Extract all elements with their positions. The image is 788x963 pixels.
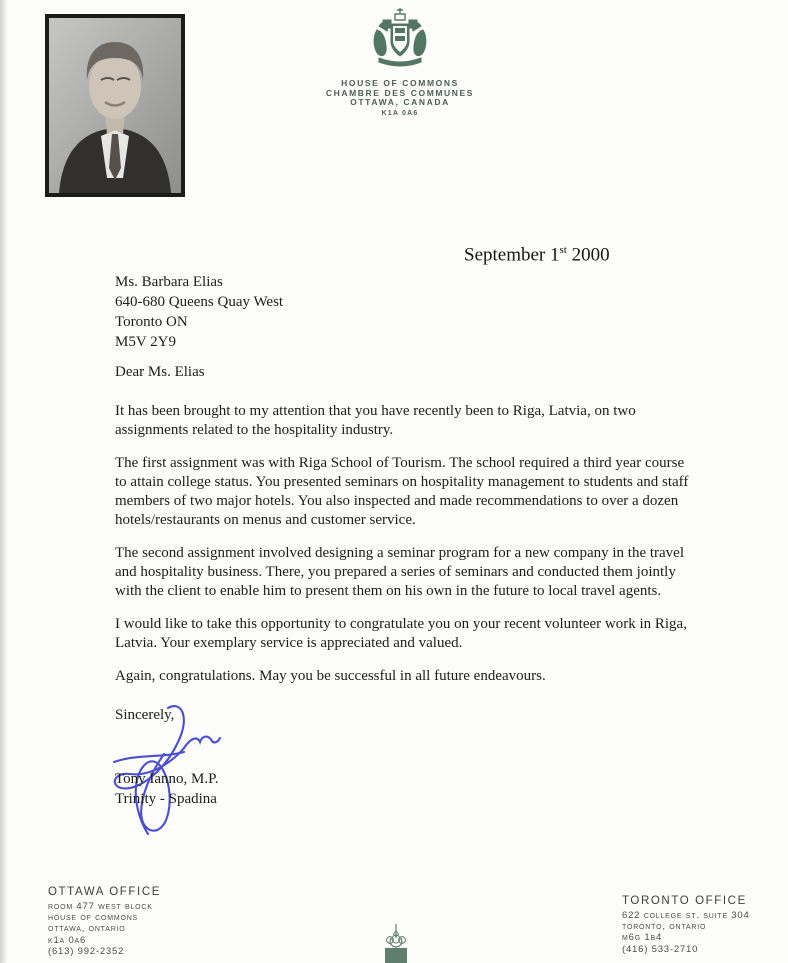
signer-riding: Trinity - Spadina <box>115 789 219 809</box>
ottawa-office-lines: Room 477 West BlockHouse of CommonsOttaw… <box>48 901 161 957</box>
toronto-office-title: TORONTO OFFICE <box>622 895 750 907</box>
address-line: Ms. Barbara Elias <box>115 272 283 292</box>
ottawa-office-line: K1A 0A6 <box>48 935 161 946</box>
salutation: Dear Ms. Elias <box>115 364 205 381</box>
toronto-office-line: Toronto, Ontario <box>622 921 750 932</box>
recipient-address: Ms. Barbara Elias640-680 Queens Quay Wes… <box>115 272 283 352</box>
toronto-office-line: M6G 1B4 <box>622 932 750 943</box>
ottawa-office-title: OTTAWA OFFICE <box>48 886 161 898</box>
letter-paragraph: It has been brought to my attention that… <box>115 402 693 440</box>
address-line: Toronto ON <box>115 312 283 332</box>
house-of-commons-crest-icon <box>371 8 429 70</box>
letter-paragraph: I would like to take this opportunity to… <box>115 615 693 653</box>
scanned-letter-page: HOUSE OF COMMONS CHAMBRE DES COMMUNES OT… <box>0 0 788 963</box>
letterhead-city: OTTAWA, CANADA <box>294 98 506 108</box>
letter-body: It has been brought to my attention that… <box>115 402 693 700</box>
date-year: 2000 <box>567 244 610 265</box>
letterhead-postal-code: K1A 0A6 <box>294 109 506 119</box>
letter-paragraph: Again, congratulations. May you be succe… <box>115 667 693 686</box>
signer-name: Tony Ianno, M.P. <box>115 769 219 789</box>
footer-ottawa-office: OTTAWA OFFICE Room 477 West BlockHouse o… <box>48 886 161 957</box>
toronto-office-line: (416) 533-2710 <box>622 944 750 955</box>
portrait-image <box>49 18 181 193</box>
letterhead: HOUSE OF COMMONS CHAMBRE DES COMMUNES OT… <box>294 8 506 118</box>
footer-toronto-office: TORONTO OFFICE 622 College St. Suite 304… <box>622 895 750 955</box>
footer-crest-icon <box>381 924 411 963</box>
toronto-office-line: 622 College St. Suite 304 <box>622 910 750 921</box>
ottawa-office-line: (613) 992-2352 <box>48 946 161 957</box>
toronto-office-lines: 622 College St. Suite 304Toronto, Ontari… <box>622 910 750 955</box>
closing-line: Sincerely, <box>115 707 174 724</box>
ottawa-office-line: Ottawa, Ontario <box>48 923 161 934</box>
date-ordinal: st <box>560 244 567 256</box>
address-line: M5V 2Y9 <box>115 332 283 352</box>
ottawa-office-line: Room 477 West Block <box>48 901 161 912</box>
ottawa-office-line: House of Commons <box>48 912 161 923</box>
portrait-photo <box>45 14 185 197</box>
letter-paragraph: The second assignment involved designing… <box>115 544 693 601</box>
scan-edge-shadow <box>0 0 7 963</box>
address-line: 640-680 Queens Quay West <box>115 292 283 312</box>
letter-paragraph: The first assignment was with Riga Schoo… <box>115 454 693 530</box>
date-day: September 1 <box>464 244 560 265</box>
letter-date: September 1st 2000 <box>464 244 610 266</box>
signature-block: Tony Ianno, M.P. Trinity - Spadina <box>115 769 219 809</box>
